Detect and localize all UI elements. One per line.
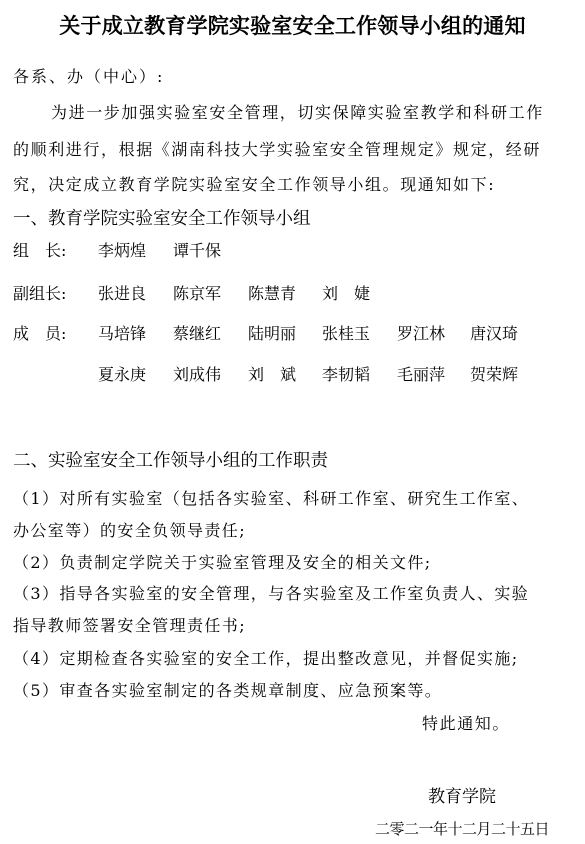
intro-line-1: 为进一步加强实验室安全管理，切实保障实验室教学和科研工作 (51, 100, 544, 123)
section2-heading: 二、实验室安全工作领导小组的工作职责 (13, 447, 328, 472)
deputy-label: 副组长: (13, 281, 66, 304)
deputy-name: 刘 婕 (322, 281, 370, 304)
duty-line-4: （3）指导各实验室的安全管理，与各实验室及工作室负责人、实验 (13, 581, 529, 604)
member-name: 罗江林 (397, 321, 445, 344)
document-title: 关于成立教育学院实验室安全工作领导小组的通知 (0, 10, 585, 40)
member-name: 毛丽萍 (397, 362, 445, 385)
leader-row: 组 长: 李炳煌 谭千保 (0, 238, 585, 260)
member-name: 贺荣辉 (470, 362, 518, 385)
intro-line-2: 的顺利进行，根据《湖南科技大学实验室安全管理规定》规定，经研 (13, 137, 541, 160)
duty-line-6: （4）定期检查各实验室的安全工作，提出整改意见，并督促实施; (13, 646, 519, 669)
member-name: 刘 斌 (248, 362, 296, 385)
member-name: 马培锋 (98, 321, 146, 344)
leader-name: 李炳煌 (98, 238, 146, 261)
duty-line-3: （2）负责制定学院关于实验室管理及安全的相关文件; (13, 550, 432, 573)
deputy-name: 陈慧青 (248, 281, 296, 304)
member-name: 刘成伟 (173, 362, 221, 385)
member-name: 唐汉琦 (470, 321, 518, 344)
leader-name: 谭千保 (173, 238, 221, 261)
intro-line-3: 究，决定成立教育学院实验室安全工作领导小组。现通知如下: (13, 172, 495, 195)
member-name: 蔡继红 (173, 321, 221, 344)
deputy-name: 陈京军 (173, 281, 221, 304)
deputy-row: 副组长: 张进良 陈京军 陈慧青 刘 婕 (0, 281, 585, 303)
duty-line-5: 指导教师签署安全管理责任书; (13, 613, 246, 636)
leader-label: 组 长: (13, 238, 66, 261)
member-name: 张桂玉 (322, 321, 370, 344)
member-name: 夏永庚 (98, 362, 146, 385)
duty-line-2: 办公室等）的安全负领导责任; (13, 518, 246, 541)
signature: 教育学院 (428, 782, 496, 807)
duty-line-1: （1）对所有实验室（包括各实验室、科研工作室、研究生工作室、 (13, 486, 529, 509)
members-row: 成 员: 马培锋 蔡继红 陆明丽 张桂玉 罗江林 唐汉琦 (0, 321, 585, 343)
duty-line-7: （5）审查各实验室制定的各类规章制度、应急预案等。 (13, 678, 442, 701)
deputy-name: 张进良 (98, 281, 146, 304)
date: 二零二一年十二月二十五日 (375, 818, 549, 839)
closing-text: 特此通知。 (422, 711, 510, 734)
member-name: 李韧韬 (322, 362, 370, 385)
salutation: 各系、办（中心）: (13, 64, 164, 87)
members-label: 成 员: (13, 321, 66, 344)
members-row-continued: 夏永庚 刘成伟 刘 斌 李韧韬 毛丽萍 贺荣辉 (0, 362, 585, 384)
member-name: 陆明丽 (248, 321, 296, 344)
section1-heading: 一、教育学院实验室安全工作领导小组 (13, 205, 311, 230)
